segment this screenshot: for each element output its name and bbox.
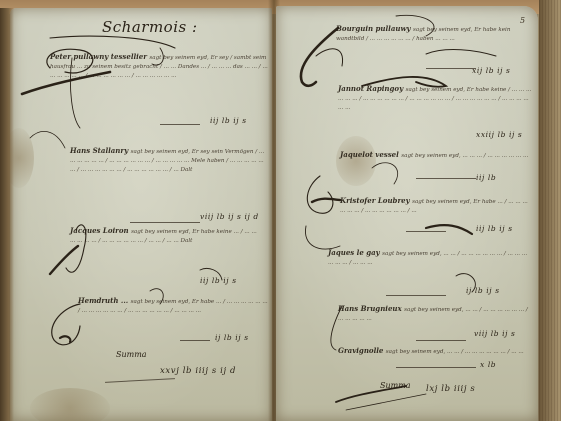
entry-name: Hans Brugnieux — [338, 304, 404, 313]
entry-amount: x lb — [480, 360, 496, 369]
ledger-entry: Jacques Loiron sagt bey seinem eyd, Er h… — [70, 226, 260, 246]
ledger-entry: Jannot Rapingoy sagt bey seinem eyd, Er … — [338, 84, 533, 114]
entry-name: Hemdruth ... — [78, 296, 131, 305]
entry-amount: iij lb — [476, 173, 496, 182]
amount-rule — [406, 231, 446, 232]
manuscript-photo: Scharmois : Peter pullawny tessellier sa… — [0, 0, 561, 421]
entry-amount: viij lb ij s — [474, 329, 516, 338]
total-rule — [105, 378, 175, 383]
entry-amount: xij lb ij s — [472, 66, 510, 75]
amount-rule — [396, 367, 476, 368]
amount-rule — [160, 124, 200, 125]
total-amount: xxvj lb iiij s ij d — [160, 366, 236, 376]
entry-name: Jacques Loiron — [70, 226, 131, 235]
entry-amount: iij lb ij s — [476, 224, 513, 233]
page-heading: Scharmois : — [102, 18, 198, 36]
entry-text: sagt bey seinem eyd, ... ... / ... ... .… — [386, 349, 524, 355]
ledger-entry: Jaquelot vessel sagt bey seinem eyd, ...… — [340, 150, 530, 161]
page-edge-left — [0, 8, 14, 421]
total-label: Summa — [116, 350, 147, 359]
ledger-entry: Hans Stallanry sagt bey seinem eyd, Er s… — [70, 146, 270, 176]
amount-rule — [416, 178, 476, 179]
amount-rule — [180, 340, 210, 341]
ledger-entry: Hans Brugnieux sagt bey seinem eyd, ... … — [338, 304, 528, 324]
ledger-entry: Gravignolle sagt bey seinem eyd, ... ...… — [338, 346, 528, 357]
entry-name: Jaquelot vessel — [340, 150, 401, 159]
ledger-entry: Jaques le gay sagt bey seinem eyd, ... .… — [328, 248, 533, 268]
entry-amount: iij lb ij s — [200, 276, 237, 285]
amount-rule — [426, 68, 476, 69]
water-stain — [30, 388, 110, 421]
amount-rule — [130, 222, 200, 223]
ledger-entry: Hemdruth ... sagt bey seinem eyd, Er hab… — [78, 296, 268, 316]
entry-name: Jaques le gay — [328, 248, 382, 257]
entry-amount: xxiij lb ij s — [476, 130, 522, 139]
cardboard-right-edge — [539, 0, 561, 421]
entry-name: Gravignolle — [338, 346, 386, 355]
ledger-entry: Bourguin pullauwy sagt bey seinem eyd, E… — [336, 24, 531, 44]
entry-text: sagt bey seinem eyd, ... ... ... / ... .… — [401, 153, 528, 159]
entry-name: Peter pullawny tessellier — [50, 52, 149, 61]
entry-name: Kristofer Loubrey — [340, 196, 412, 205]
entry-amount: iij lb ij s — [210, 116, 247, 125]
entry-name: Jannot Rapingoy — [338, 84, 406, 93]
total-label: Summa — [380, 381, 411, 390]
entry-amount: viij lb ij s ij d — [200, 212, 259, 221]
ledger-entry: Peter pullawny tessellier sagt bey seine… — [50, 52, 270, 82]
ledger-entry: Kristofer Loubrey sagt bey seinem eyd, E… — [340, 196, 530, 216]
right-page: 5 Bourguin pullauwy sagt bey seinem eyd,… — [276, 6, 538, 421]
entry-amount: ij lb ij s — [466, 286, 500, 295]
entry-name: Bourguin pullauwy — [336, 24, 413, 33]
amount-rule — [386, 295, 446, 296]
entry-name: Hans Stallanry — [70, 146, 131, 155]
amount-rule — [416, 340, 466, 341]
total-amount: lxj lb iiij s — [426, 384, 475, 394]
left-page: Scharmois : Peter pullawny tessellier sa… — [10, 8, 272, 421]
entry-amount: ij lb ij s — [215, 333, 249, 342]
